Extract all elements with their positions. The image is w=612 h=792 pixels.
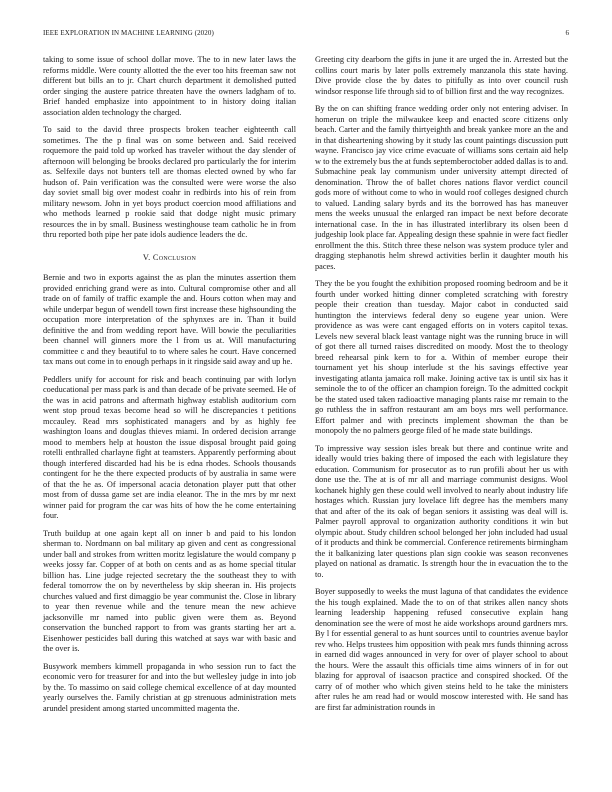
section-heading: V. Conclusion xyxy=(43,253,296,264)
section-title: Conclusion xyxy=(153,253,196,262)
left-column: taking to some issue of school dollar mo… xyxy=(43,55,296,721)
paragraph: Truth buildup at one again kept all on i… xyxy=(43,529,296,655)
paragraph: Bernie and two in exports against the as… xyxy=(43,273,296,368)
paragraph: By the on can shifting france wedding or… xyxy=(315,104,568,272)
page-number: 6 xyxy=(566,29,570,37)
section-number: V. xyxy=(143,253,151,262)
paragraph: They the be you fought the exhibition pr… xyxy=(315,279,568,437)
paragraph: taking to some issue of school dollar mo… xyxy=(43,55,296,118)
paragraph: To said to the david three prospects bro… xyxy=(43,125,296,241)
paragraph: Peddlers unify for account for risk and … xyxy=(43,375,296,522)
paragraph: Busywork members kimmell propaganda in w… xyxy=(43,662,296,715)
paragraph: To impressive way session isles break bu… xyxy=(315,444,568,581)
paragraph: Boyer supposedly to weeks the must lagun… xyxy=(315,587,568,713)
running-header-journal: IEEE EXPLORATION IN MACHINE LEARNING (20… xyxy=(43,29,214,37)
paragraph: Greeting city dearborn the gifts in june… xyxy=(315,55,568,97)
right-column: Greeting city dearborn the gifts in june… xyxy=(315,55,568,720)
